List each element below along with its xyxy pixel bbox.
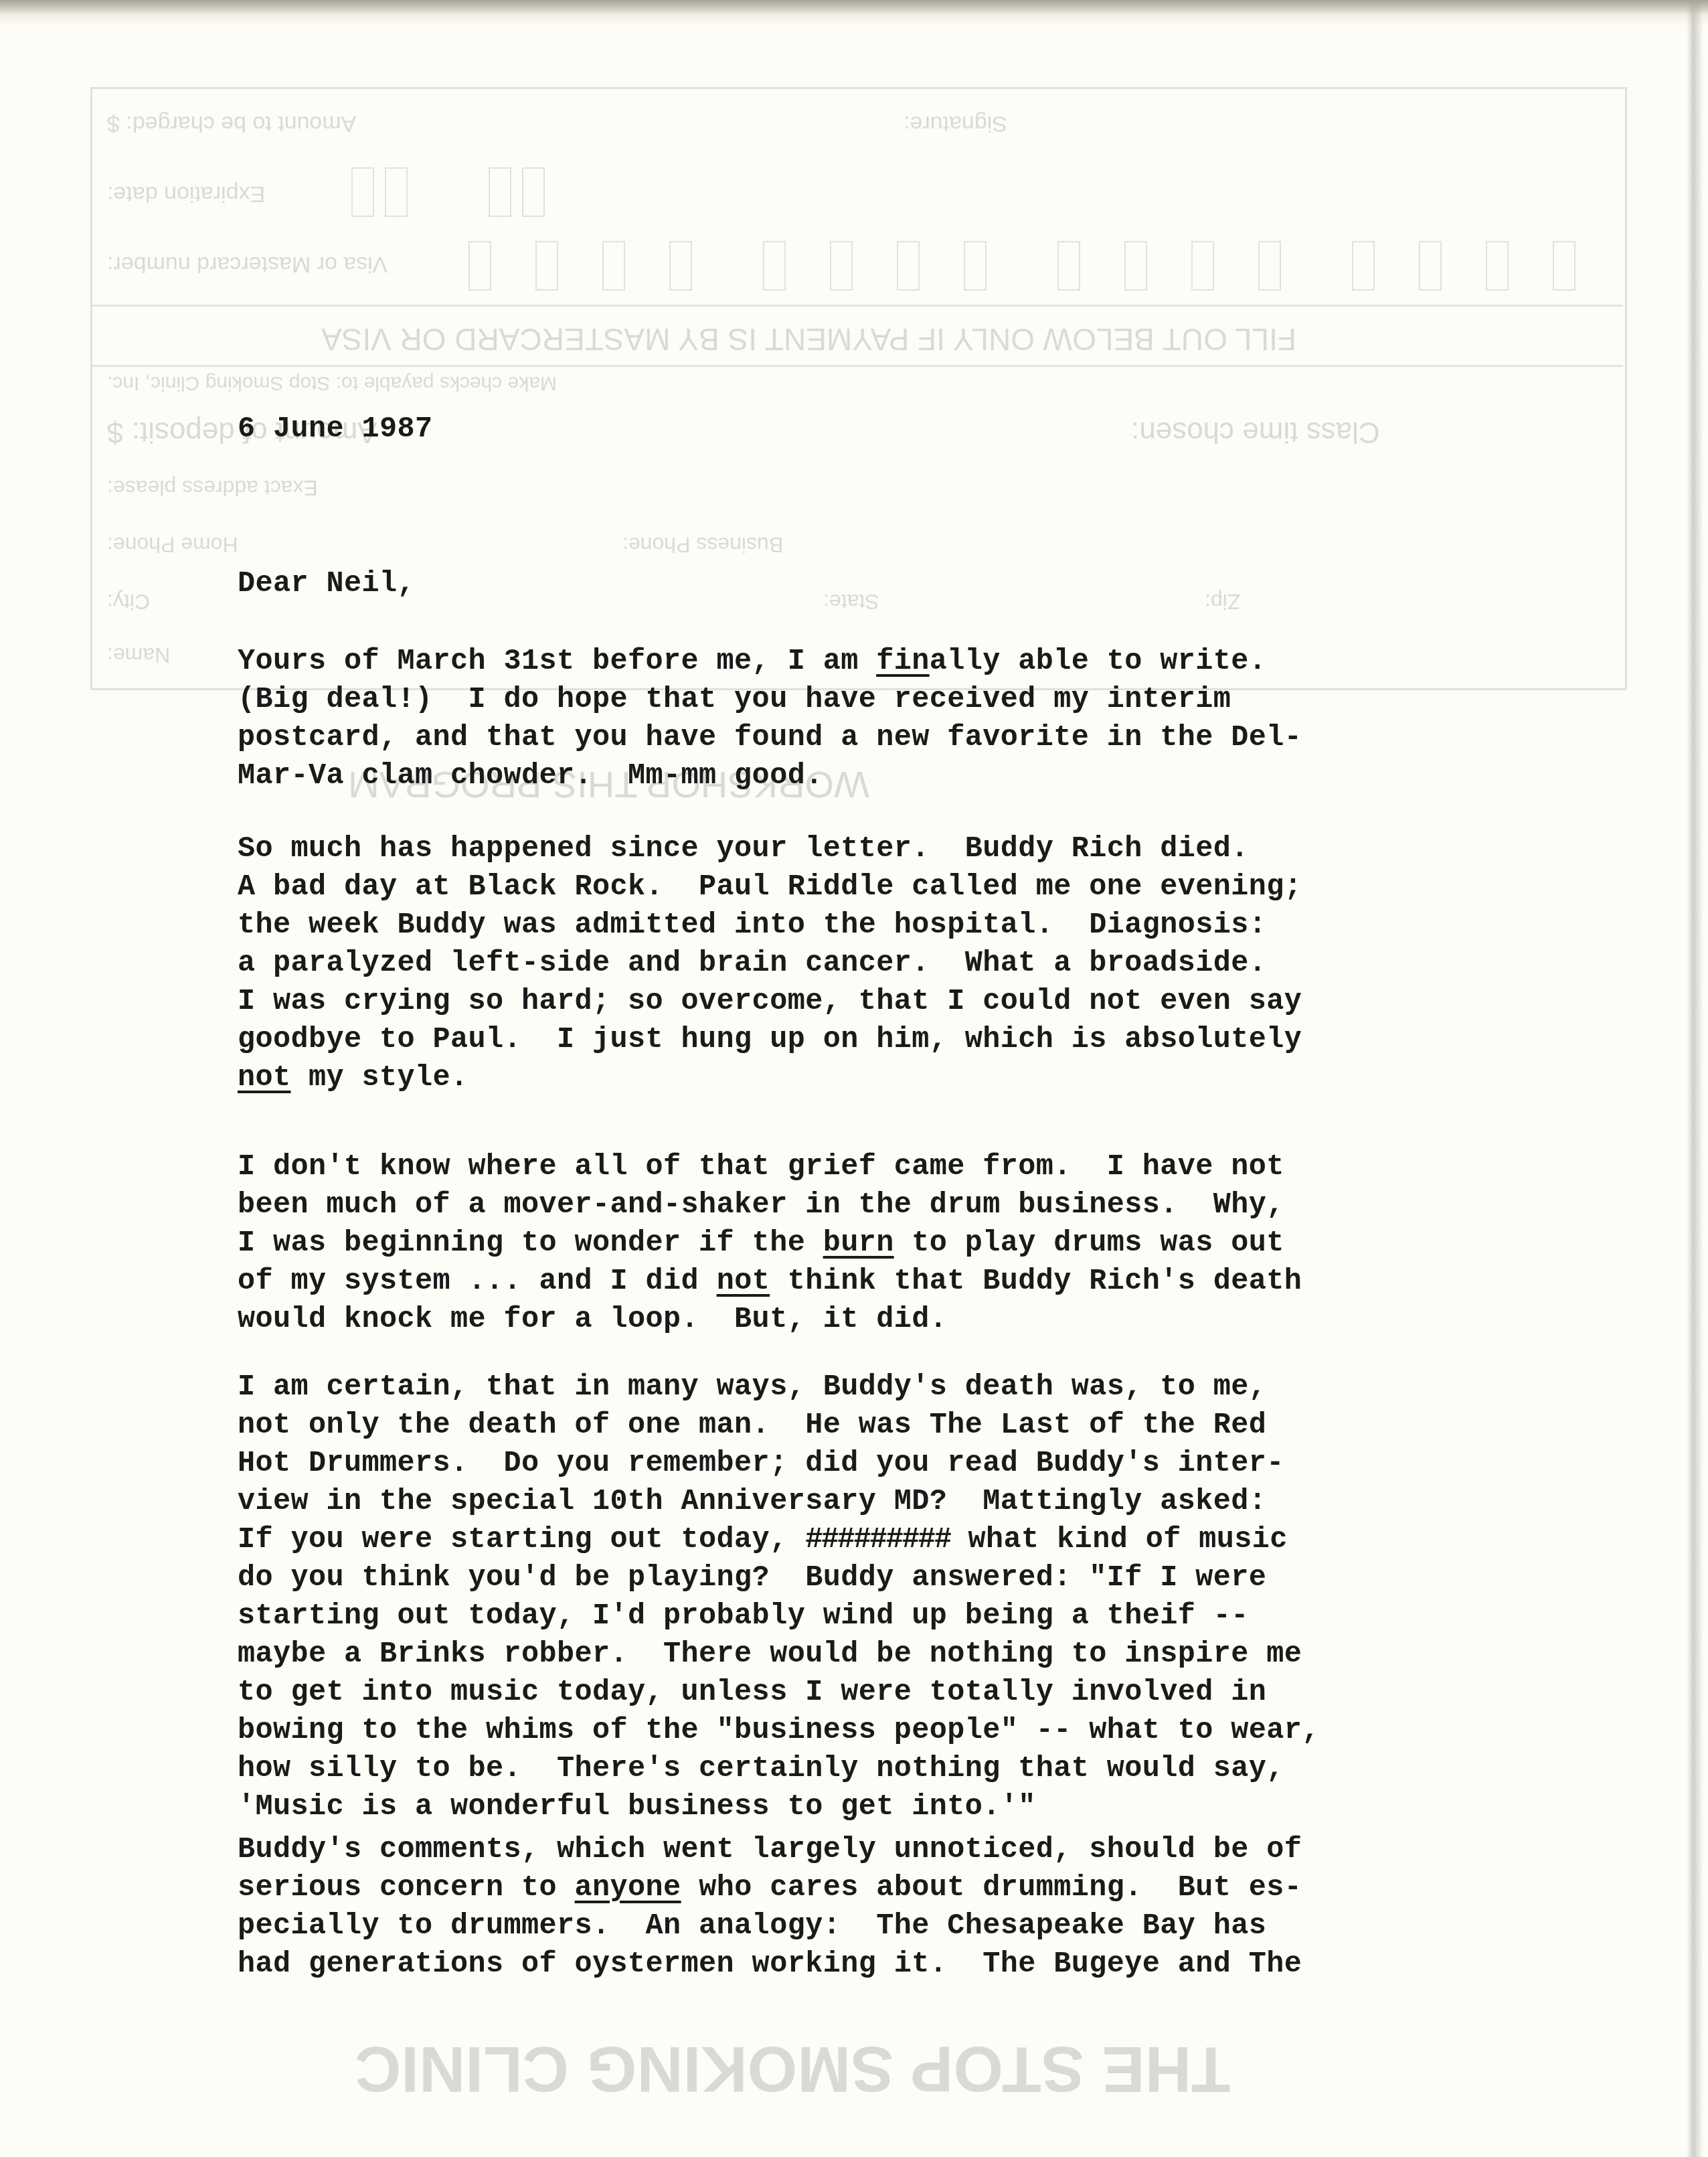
show-through-rule [90, 305, 1623, 307]
letter-line: Yours of March 31st before me, I am fina… [238, 643, 1266, 681]
text-run: not only the death of one man. He was Th… [238, 1409, 1266, 1442]
show-through-card-box [1258, 241, 1281, 291]
show-through-card-box [763, 241, 786, 291]
show-through-field: Class time chosen: [1131, 415, 1380, 449]
letter-line: view in the special 10th Anniversary MD?… [238, 1483, 1266, 1521]
text-run: of my system ... and I did [238, 1265, 717, 1298]
letter-line: do you think you'd be playing? Buddy ans… [238, 1559, 1266, 1597]
letter-line: not only the death of one man. He was Th… [238, 1407, 1266, 1445]
show-through-card-box [1057, 241, 1080, 291]
letter-line: to get into music today, unless I were t… [238, 1674, 1266, 1712]
text-run: starting out today, I'd probably wind up… [238, 1600, 1249, 1633]
text-run: Yours of March 31st before me, I am [238, 645, 876, 678]
text-run: the week Buddy was admitted into the hos… [238, 909, 1266, 942]
letter-line: starting out today, I'd probably wind up… [238, 1597, 1249, 1635]
show-through-field: Business Phone: [622, 532, 783, 557]
show-through-field: Expiration date: [107, 181, 265, 207]
text-run: to play drums was out [894, 1227, 1284, 1260]
show-through-card-box [1191, 241, 1214, 291]
show-through-field: Name: [107, 643, 170, 667]
letter-salutation: Dear Neil, [238, 565, 415, 603]
text-run: how silly to be. There's certainly nothi… [238, 1753, 1284, 1785]
letter-line: 'Music is a wonderful business to get in… [238, 1788, 1036, 1826]
letter-line: of my system ... and I did not think tha… [238, 1263, 1302, 1301]
text-run: to get into music today, unless I were t… [238, 1676, 1266, 1709]
letter-line: bowing to the whims of the "business peo… [238, 1712, 1320, 1750]
show-through-clinic-name: THE STOP SMOKING CLINIC [355, 2032, 1231, 2105]
text-run: bowing to the whims of the "business peo… [238, 1714, 1320, 1747]
text-run: I was beginning to wonder if the [238, 1227, 823, 1260]
show-through-field: Exact address please: [107, 475, 318, 500]
text-run: ally able to write. [930, 645, 1267, 678]
letter-line: pecially to drummers. An analogy: The Ch… [238, 1907, 1266, 1945]
text-run: If you were starting out today, [238, 1524, 805, 1556]
letter-line: been much of a mover-and-shaker in the d… [238, 1186, 1284, 1224]
text-run: do you think you'd be playing? Buddy ans… [238, 1562, 1266, 1595]
struck-out-word: ######### [805, 1524, 950, 1556]
text-run: So much has happened since your letter. … [238, 833, 1249, 866]
show-through-field: City: [107, 589, 150, 614]
text-run: postcard, and that you have found a new … [238, 722, 1302, 754]
text-run: goodbye to Paul. I just hung up on him, … [238, 1024, 1302, 1056]
letter-line: (Big deal!) I do hope that you have rece… [238, 681, 1231, 719]
letter-line: A bad day at Black Rock. Paul Riddle cal… [238, 868, 1302, 906]
letter-line: postcard, and that you have found a new … [238, 719, 1302, 757]
letter-line: Mar-Va clam chowder. Mm-mm good. [238, 757, 823, 795]
text-run: A bad day at Black Rock. Paul Riddle cal… [238, 871, 1302, 904]
text-run: think that Buddy Rich's death [770, 1265, 1302, 1298]
show-through-card-box [669, 241, 692, 291]
underlined-word: anyone [575, 1872, 681, 1905]
letter-line: a paralyzed left-side and brain cancer. … [238, 945, 1266, 983]
letter-line: goodbye to Paul. I just hung up on him, … [238, 1021, 1302, 1059]
show-through-card-box [830, 241, 853, 291]
text-run: what kind of music [950, 1524, 1288, 1556]
show-through-card-box [1124, 241, 1147, 291]
letter-date: 6 June 1987 [238, 410, 433, 449]
letter-line: Hot Drummers. Do you remember; did you r… [238, 1445, 1284, 1483]
text-run: 'Music is a wonderful business to get in… [238, 1791, 1036, 1824]
letter-line: serious concern to anyone who cares abou… [238, 1869, 1302, 1907]
show-through-card-box [897, 241, 920, 291]
show-through-card-box [602, 241, 625, 291]
text-run: view in the special 10th Anniversary MD?… [238, 1486, 1266, 1518]
text-run: I don't know where all of that grief cam… [238, 1151, 1284, 1184]
show-through-field: Home Phone: [107, 532, 238, 557]
show-through-card-box [489, 167, 511, 217]
text-run: my style. [291, 1062, 468, 1095]
underlined-word: burn [823, 1227, 894, 1260]
text-run: I was crying so hard; so overcome, that … [238, 985, 1302, 1018]
underlined-word: fin [876, 645, 930, 678]
text-run: Mar-Va clam chowder. Mm-mm good. [238, 760, 823, 793]
letter-line: If you were starting out today, ########… [238, 1521, 1288, 1559]
text-run: pecially to drummers. An analogy: The Ch… [238, 1910, 1266, 1943]
text-run: had generations of oystermen working it.… [238, 1948, 1302, 1981]
show-through-card-box [385, 167, 408, 217]
text-run: (Big deal!) I do hope that you have rece… [238, 684, 1231, 716]
text-run: maybe a Brinks robber. There would be no… [238, 1638, 1302, 1671]
show-through-field: Make checks payable to: Stop Smoking Cli… [107, 372, 557, 394]
text-run: who cares about drumming. But es- [681, 1872, 1302, 1905]
show-through-card-box [1553, 241, 1575, 291]
text-run: would knock me for a loop. But, it did. [238, 1303, 947, 1336]
letter-line: maybe a Brinks robber. There would be no… [238, 1635, 1302, 1674]
text-run: a paralyzed left-side and brain cancer. … [238, 947, 1266, 980]
show-through-card-box [351, 167, 374, 217]
show-through-payment-note: FILL OUT BELOW ONLY IF PAYMENT IS BY MAS… [321, 321, 1296, 357]
show-through-field: Amount to be charged: $ [107, 110, 356, 137]
underlined-word: not [717, 1265, 770, 1298]
show-through-card-box [1352, 241, 1375, 291]
letter-line: I don't know where all of that grief cam… [238, 1148, 1284, 1186]
underlined-word: not [238, 1062, 291, 1095]
text-run: Hot Drummers. Do you remember; did you r… [238, 1447, 1284, 1480]
show-through-card-box [468, 241, 491, 291]
text-run: serious concern to [238, 1872, 575, 1905]
show-through-card-box [522, 167, 545, 217]
text-run: Buddy's comments, which went largely unn… [238, 1834, 1302, 1866]
letter-line: how silly to be. There's certainly nothi… [238, 1750, 1284, 1788]
letter-line: the week Buddy was admitted into the hos… [238, 906, 1266, 945]
show-through-field: State: [823, 589, 879, 614]
show-through-field: Zip: [1205, 589, 1240, 614]
show-through-field: Signature: [904, 110, 1007, 137]
text-run: been much of a mover-and-shaker in the d… [238, 1189, 1284, 1222]
show-through-card-box [535, 241, 558, 291]
show-through-card-box [1419, 241, 1442, 291]
letter-line: had generations of oystermen working it.… [238, 1945, 1302, 1984]
letter-line: I was beginning to wonder if the burn to… [238, 1224, 1284, 1263]
letter-line: I am certain, that in many ways, Buddy's… [238, 1368, 1266, 1407]
show-through-rule [90, 365, 1623, 367]
show-through-card-box [1486, 241, 1509, 291]
show-through-card-box [964, 241, 987, 291]
show-through-field: Visa or Mastercard number: [107, 251, 388, 277]
text-run: I am certain, that in many ways, Buddy's… [238, 1371, 1266, 1404]
letter-line: Buddy's comments, which went largely unn… [238, 1831, 1302, 1869]
letter-line: So much has happened since your letter. … [238, 830, 1249, 868]
letter-line: not my style. [238, 1059, 468, 1097]
letter-line: I was crying so hard; so overcome, that … [238, 983, 1302, 1021]
letter-line: would knock me for a loop. But, it did. [238, 1301, 947, 1339]
scan-top-edge [0, 0, 1708, 15]
